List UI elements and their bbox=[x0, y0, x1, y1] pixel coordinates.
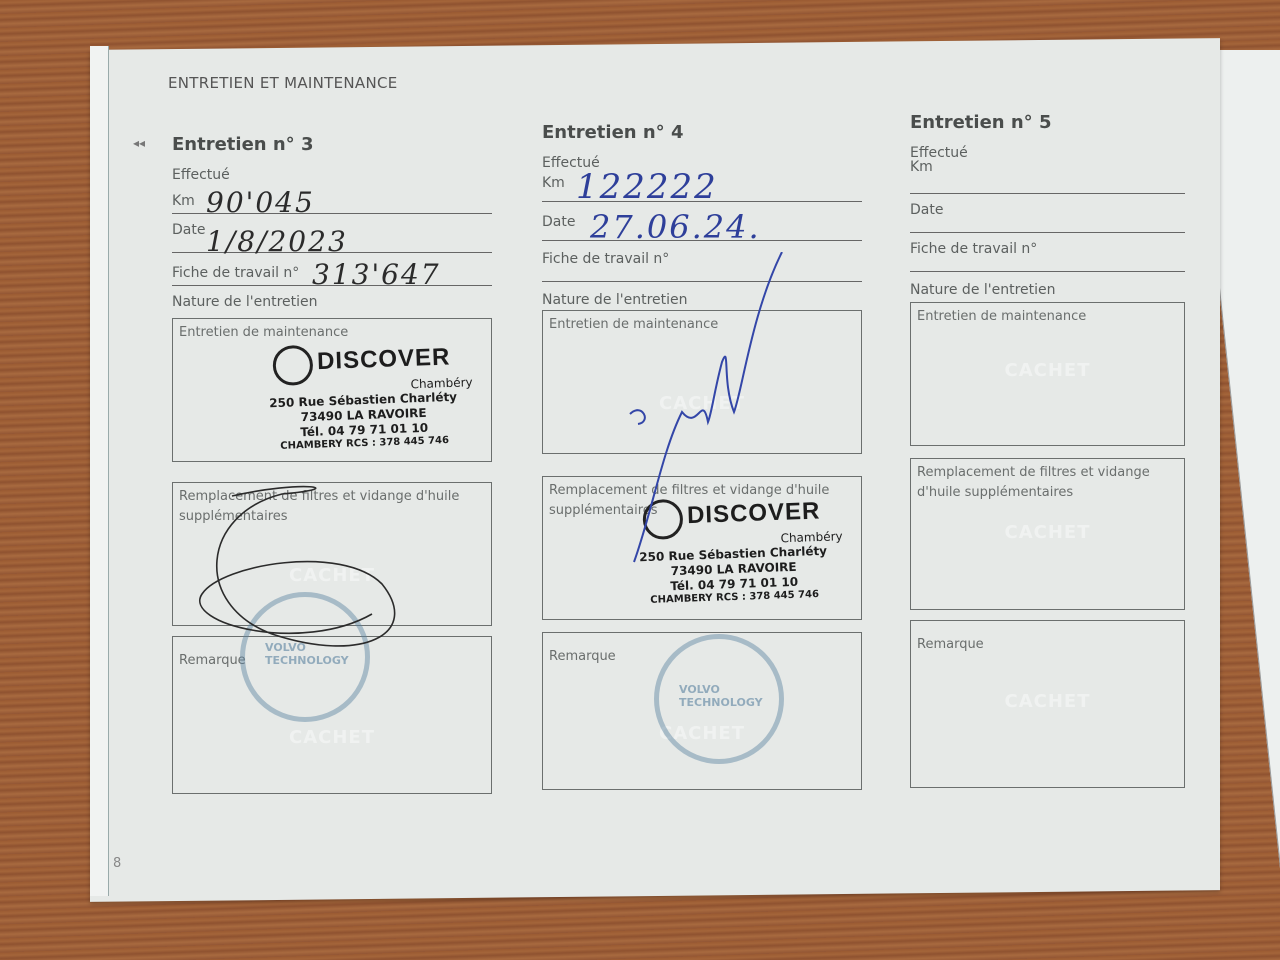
volvo-stamp-text: VOLVO TECHNOLOGY bbox=[265, 641, 365, 667]
date-field: Date 1/8/2023 bbox=[172, 214, 492, 253]
maintenance-box: Entretien de maintenance DISCOVER Chambé… bbox=[172, 318, 492, 462]
effectue-label: Effectué bbox=[172, 167, 492, 183]
volvo-stamp-icon: VOLVO TECHNOLOGY bbox=[654, 634, 784, 764]
filters-box: Remplacement de filtres et vidange d'hui… bbox=[910, 458, 1185, 610]
nature-label: Nature de l'entretien bbox=[542, 292, 862, 308]
km-value: 122222 bbox=[576, 167, 718, 207]
filters-caption: Remplacement de filtres et vidange d'hui… bbox=[179, 487, 487, 527]
fiche-label: Fiche de travail n° bbox=[542, 251, 669, 267]
cachet-watermark: CACHET bbox=[911, 522, 1184, 543]
discover-logo-icon bbox=[643, 499, 684, 540]
maintenance-box: Entretien de maintenance CACHET bbox=[542, 310, 862, 454]
stamp-brand: DISCOVER bbox=[317, 343, 451, 375]
cachet-watermark: CACHET bbox=[911, 360, 1184, 381]
date-field: Date bbox=[910, 194, 1185, 233]
dealer-stamp: DISCOVER Chambéry 250 Rue Sébastien Char… bbox=[611, 493, 855, 607]
km-field: Km 90'045 bbox=[172, 183, 492, 214]
km-label: Km bbox=[910, 159, 933, 175]
km-label: Km bbox=[542, 175, 565, 191]
page-binding-edge bbox=[90, 46, 109, 896]
double-chevron-left-icon: ◂◂ bbox=[133, 136, 145, 150]
remark-box: Remarque CACHET bbox=[910, 620, 1185, 788]
stamp-brand: DISCOVER bbox=[687, 497, 821, 529]
fiche-field: Fiche de travail n° bbox=[542, 241, 862, 282]
nature-label: Nature de l'entretien bbox=[910, 282, 1185, 298]
km-field: Km 122222 bbox=[542, 171, 862, 202]
entry-title: Entretien n° 3 bbox=[172, 134, 492, 155]
maintenance-caption: Entretien de maintenance bbox=[917, 307, 1180, 327]
date-label: Date bbox=[172, 222, 205, 238]
entry-4: Entretien n° 4 Effectué Km 122222 Date 2… bbox=[542, 122, 862, 790]
entry-title: Entretien n° 4 bbox=[542, 122, 862, 143]
km-label: Km bbox=[172, 193, 195, 209]
date-label: Date bbox=[542, 214, 575, 230]
fiche-label: Fiche de travail n° bbox=[910, 241, 1037, 257]
filters-caption: Remplacement de filtres et vidange d'hui… bbox=[917, 463, 1180, 503]
volvo-stamp-text: VOLVO TECHNOLOGY bbox=[679, 683, 779, 709]
nature-label: Nature de l'entretien bbox=[172, 294, 492, 310]
entry-title: Entretien n° 5 bbox=[910, 112, 1185, 133]
cachet-watermark: CACHET bbox=[173, 727, 491, 748]
date-label: Date bbox=[910, 202, 943, 218]
discover-logo-icon bbox=[273, 345, 314, 386]
fiche-field: Fiche de travail n° bbox=[910, 233, 1185, 272]
maintenance-caption: Entretien de maintenance bbox=[549, 315, 857, 335]
cachet-watermark: CACHET bbox=[911, 691, 1184, 712]
date-field: Date 27.06.24. bbox=[542, 202, 862, 241]
remark-caption: Remarque bbox=[917, 635, 1180, 655]
maintenance-box: Entretien de maintenance CACHET bbox=[910, 302, 1185, 446]
volvo-stamp-icon: VOLVO TECHNOLOGY bbox=[240, 592, 370, 722]
cachet-watermark: CACHET bbox=[543, 393, 861, 414]
entry-5: Entretien n° 5 Effectué Km Date Fiche de… bbox=[910, 112, 1185, 788]
page-number: 8 bbox=[113, 856, 121, 871]
effectue-label: Effectué bbox=[910, 145, 1185, 161]
entry-3: Entretien n° 3 Effectué Km 90'045 Date 1… bbox=[172, 134, 492, 794]
section-title: ENTRETIEN ET MAINTENANCE bbox=[168, 74, 398, 92]
fiche-value: 313'647 bbox=[312, 258, 441, 291]
fiche-field: Fiche de travail n° 313'647 bbox=[172, 253, 492, 286]
km-field: Km bbox=[910, 161, 1185, 194]
fiche-label: Fiche de travail n° bbox=[172, 265, 299, 281]
dealer-stamp: DISCOVER Chambéry 250 Rue Sébastien Char… bbox=[241, 339, 485, 453]
filters-box: Remplacement de filtres et vidange d'hui… bbox=[542, 476, 862, 620]
cachet-watermark: CACHET bbox=[173, 565, 491, 586]
